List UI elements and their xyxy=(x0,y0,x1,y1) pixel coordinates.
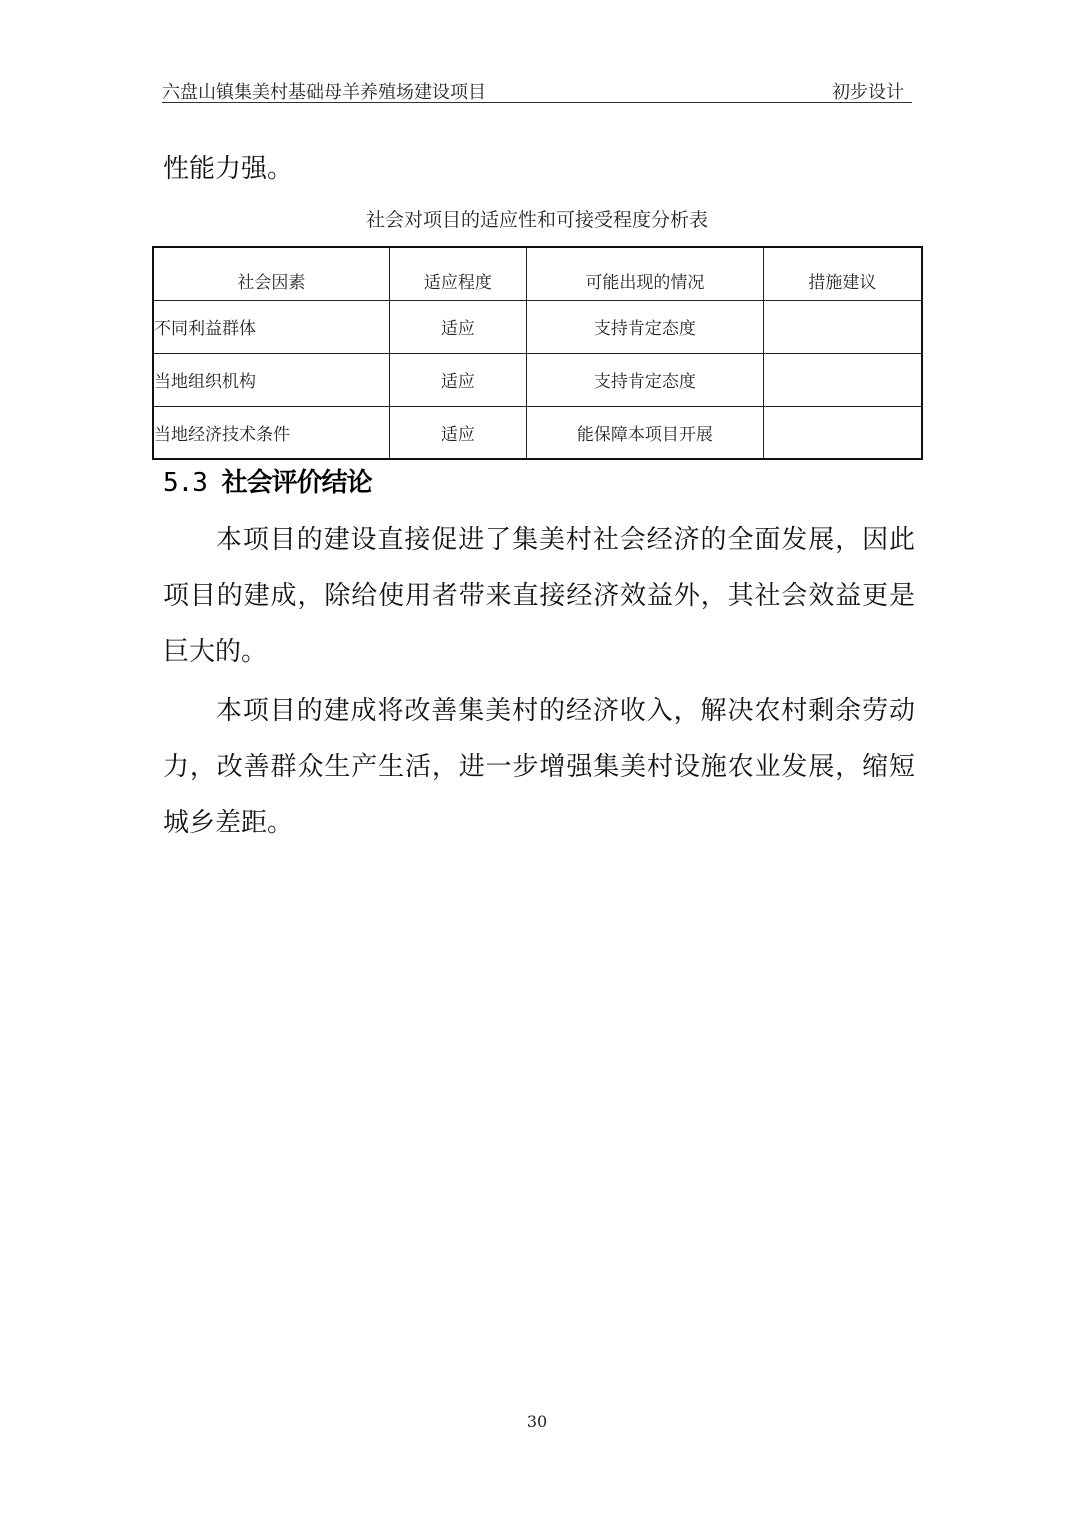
paragraph: 本项目的建设直接促进了集美村社会经济的全面发展，因此项目的建成，除给使用者带来直… xyxy=(163,512,915,680)
cell-adaptability: 适应 xyxy=(389,353,526,406)
section-title: 社会评价结论 xyxy=(222,468,372,498)
paragraph-text: 本项目的建设直接促进了集美村社会经济的全面发展，因此项目的建成，除给使用者带来直… xyxy=(163,525,915,667)
header-document-stage: 初步设计 xyxy=(832,78,904,104)
section-number: 5.3 xyxy=(163,468,207,498)
table-row: 不同利益群体 适应 支持肯定态度 xyxy=(153,300,922,353)
cell-situation: 支持肯定态度 xyxy=(527,300,764,353)
paragraph: 本项目的建成将改善集美村的经济收入，解决农村剩余劳动力，改善群众生产生活，进一步… xyxy=(163,683,915,851)
cell-adaptability: 适应 xyxy=(389,300,526,353)
cell-situation: 支持肯定态度 xyxy=(527,353,764,406)
table-header-row: 社会因素 适应程度 可能出现的情况 措施建议 xyxy=(153,247,922,300)
header-project-title: 六盘山镇集美村基础母羊养殖场建设项目 xyxy=(162,78,486,104)
cell-measures xyxy=(763,406,922,459)
paragraph-text: 本项目的建成将改善集美村的经济收入，解决农村剩余劳动力，改善群众生产生活，进一步… xyxy=(163,696,915,838)
cell-factor: 当地经济技术条件 xyxy=(153,406,389,459)
column-header-factor: 社会因素 xyxy=(153,247,389,300)
continuation-text: 性能力强。 xyxy=(163,148,293,185)
social-adaptability-table: 社会因素 适应程度 可能出现的情况 措施建议 不同利益群体 适应 支持肯定态度 … xyxy=(152,246,923,460)
cell-situation: 能保障本项目开展 xyxy=(527,406,764,459)
cell-adaptability: 适应 xyxy=(389,406,526,459)
column-header-situation: 可能出现的情况 xyxy=(527,247,764,300)
table-row: 当地组织机构 适应 支持肯定态度 xyxy=(153,353,922,406)
section-heading: 5.3 社会评价结论 xyxy=(163,462,372,499)
column-header-adaptability: 适应程度 xyxy=(389,247,526,300)
column-header-measures: 措施建议 xyxy=(763,247,922,300)
table-row: 当地经济技术条件 适应 能保障本项目开展 xyxy=(153,406,922,459)
cell-factor: 不同利益群体 xyxy=(153,300,389,353)
cell-measures xyxy=(763,300,922,353)
table-caption: 社会对项目的适应性和可接受程度分析表 xyxy=(0,205,1074,232)
cell-factor: 当地组织机构 xyxy=(153,353,389,406)
cell-measures xyxy=(763,353,922,406)
page-header: 六盘山镇集美村基础母羊养殖场建设项目 初步设计 xyxy=(162,76,912,103)
page-number: 30 xyxy=(0,1412,1074,1431)
